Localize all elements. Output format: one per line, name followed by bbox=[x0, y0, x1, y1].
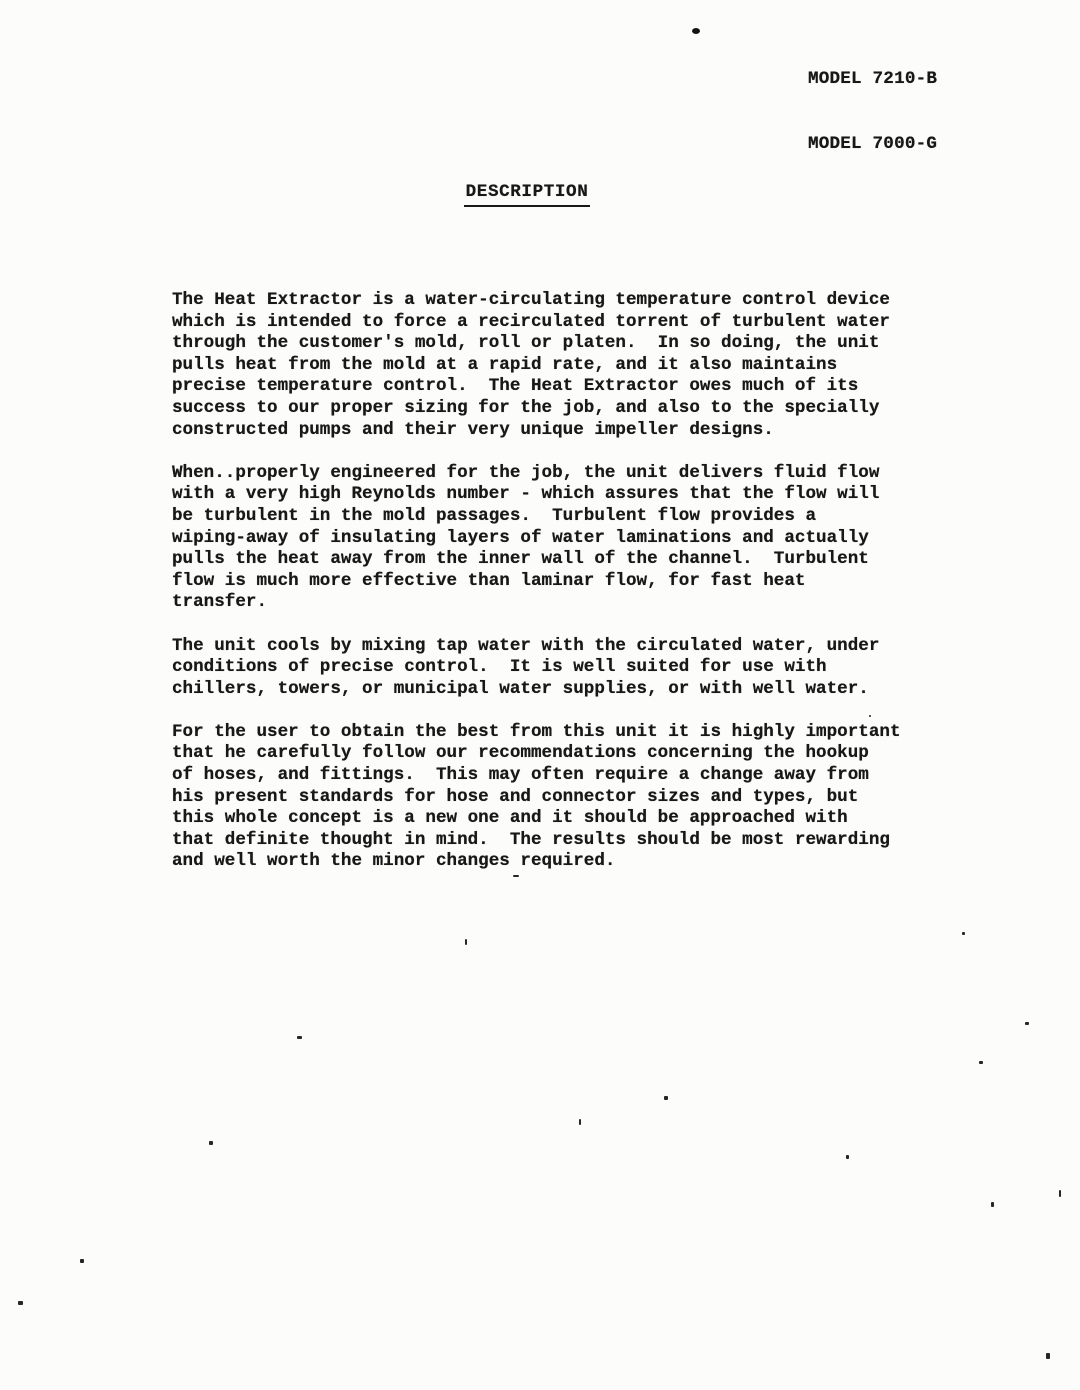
scan-speck bbox=[18, 1301, 23, 1305]
paragraph-1: The Heat Extractor is a water-circulatin… bbox=[172, 290, 952, 441]
heading-container: DESCRIPTION bbox=[0, 182, 1080, 207]
scan-speck bbox=[664, 1096, 668, 1100]
paragraph-2: When..properly engineered for the job, t… bbox=[172, 463, 952, 614]
scan-speck bbox=[1025, 1022, 1029, 1025]
scan-speck bbox=[869, 715, 871, 717]
scan-speck bbox=[579, 1119, 581, 1125]
scan-speck bbox=[297, 1036, 302, 1039]
model-number-line-2: MODEL 7000-G bbox=[808, 134, 937, 156]
scan-speck bbox=[979, 1061, 983, 1064]
scan-speck bbox=[513, 875, 519, 877]
model-number-line-1: MODEL 7210-B bbox=[808, 69, 937, 91]
scan-speck bbox=[209, 1141, 213, 1145]
section-heading: DESCRIPTION bbox=[464, 182, 591, 207]
document-body: The Heat Extractor is a water-circulatin… bbox=[172, 290, 952, 895]
paragraph-3: The unit cools by mixing tap water with … bbox=[172, 636, 952, 701]
paragraph-4: For the user to obtain the best from thi… bbox=[172, 722, 952, 873]
scan-speck bbox=[1046, 1353, 1050, 1359]
scan-speck bbox=[962, 932, 965, 935]
scan-speck bbox=[1059, 1190, 1061, 1197]
scan-speck bbox=[846, 1155, 849, 1159]
scan-speck bbox=[80, 1259, 84, 1263]
scan-speck bbox=[465, 939, 467, 945]
ink-dot bbox=[692, 28, 700, 34]
scan-speck bbox=[991, 1202, 994, 1207]
model-header: MODEL 7210-B MODEL 7000-G bbox=[808, 26, 937, 199]
document-page: MODEL 7210-B MODEL 7000-G DESCRIPTION Th… bbox=[0, 0, 1080, 1390]
